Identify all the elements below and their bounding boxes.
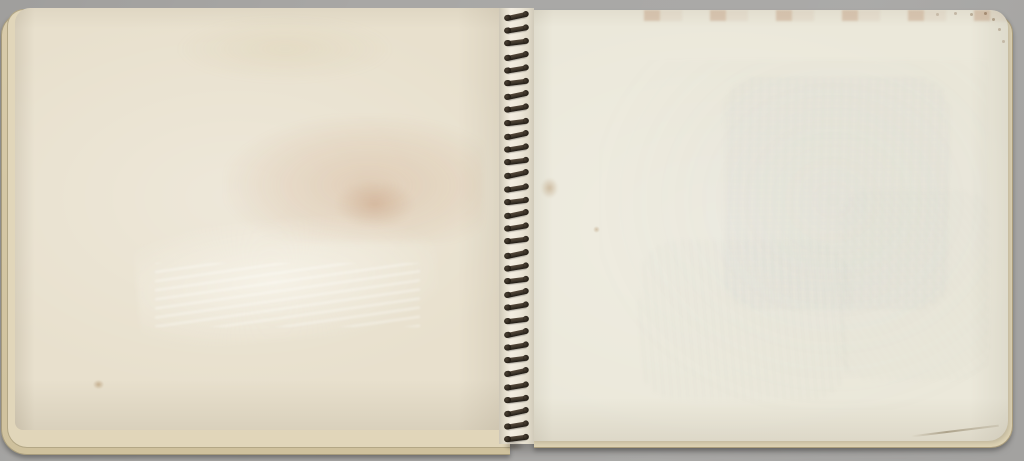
brown-stain-spot xyxy=(93,380,104,389)
spiral-coil xyxy=(506,249,527,258)
spiral-coil xyxy=(506,316,527,323)
spiral-coil xyxy=(506,421,527,429)
spiral-coil xyxy=(506,91,527,100)
spiral-coil xyxy=(506,263,527,271)
spiral-coil xyxy=(506,223,527,231)
bottom-corner-crease xyxy=(911,425,999,438)
red-chalk-smudge-core xyxy=(335,180,415,228)
ghost-sketch-impression-upper xyxy=(724,78,949,308)
left-page xyxy=(15,8,507,430)
spiral-coil xyxy=(506,289,527,298)
spiral-coil xyxy=(506,396,527,403)
right-page xyxy=(529,10,1008,441)
corner-dirt-specks xyxy=(984,12,987,15)
spiral-coil xyxy=(506,368,527,377)
spiral-coil xyxy=(506,408,527,417)
ghost-sketch-impression-diagonal xyxy=(839,190,989,380)
spiral-coil xyxy=(506,170,527,179)
spiral-coil xyxy=(506,184,527,192)
spiral-coil xyxy=(506,158,527,165)
spiral-coil xyxy=(506,237,527,244)
spiral-coil xyxy=(506,210,527,219)
spiral-coil xyxy=(506,105,527,113)
spiral-coil xyxy=(506,12,527,21)
white-chalk-smudge xyxy=(132,207,441,353)
spine-stain-spot xyxy=(541,178,558,198)
spiral-coil xyxy=(506,79,527,86)
photo-stage xyxy=(0,0,1024,461)
spiral-coil xyxy=(506,277,527,284)
top-edge-dirt xyxy=(644,10,1008,21)
red-chalk-smudge xyxy=(225,116,483,242)
spiral-coil xyxy=(506,356,527,363)
spine-bottom-smudge xyxy=(503,441,525,451)
spiral-coil xyxy=(506,382,527,390)
ghost-sketch-impression-lower xyxy=(639,240,849,400)
spiral-coil xyxy=(506,144,527,152)
spiral-coil xyxy=(506,51,527,60)
spiral-coil xyxy=(506,303,527,311)
spiral-coil xyxy=(506,131,527,140)
spiral-coil xyxy=(506,25,527,33)
spiral-coil xyxy=(506,342,527,350)
small-stain-spot xyxy=(593,226,600,233)
spiral-coil xyxy=(506,118,527,125)
spiral-coil xyxy=(506,198,527,205)
spine-gap xyxy=(499,8,534,444)
spiral-coil xyxy=(506,39,527,46)
spiral-coil xyxy=(506,329,527,338)
ghost-sketch-wash xyxy=(599,60,989,410)
white-chalk-streaks xyxy=(155,263,420,327)
yellow-tint-smudge xyxy=(175,16,395,82)
spiral-coil xyxy=(506,65,527,73)
